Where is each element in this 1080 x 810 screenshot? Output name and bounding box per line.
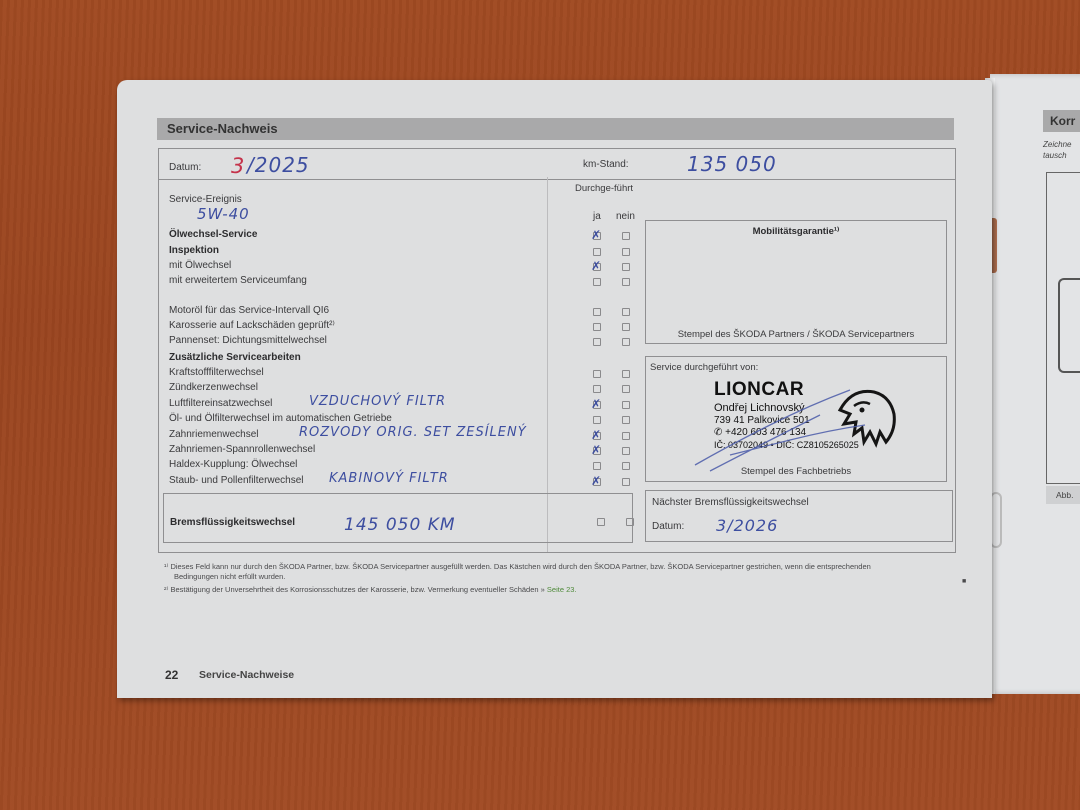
checkmark-icon: ✗ — [591, 445, 601, 455]
mobility-guarantee-title: Mobilitätsgarantie¹⁾ — [646, 226, 946, 237]
km-stand-label: km-Stand: — [583, 159, 629, 170]
additional-label: Kraftstofffilterwechsel — [169, 367, 264, 378]
brake-fluid-label: Bremsflüssigkeitswechsel — [170, 517, 295, 528]
checkmark-icon: ✗ — [591, 430, 601, 440]
next-brake-fluid-label: Nächster Bremsflüssigkeitswechsel — [652, 497, 809, 508]
service-label: Motoröl für das Service-Intervall QI6 — [169, 305, 329, 316]
service-record-form: Datum: 3 /2025 km-Stand: 135 050 Durchge… — [158, 148, 956, 553]
checkmark-icon: ✗ — [591, 230, 601, 240]
footnote-1-text: Dieses Feld kann nur durch den ŠKODA Par… — [170, 562, 870, 571]
brake-fluid-km-note[interactable]: 145 050 KM — [344, 515, 456, 535]
service-ja-checkbox[interactable] — [593, 278, 601, 286]
nein-header: nein — [616, 211, 635, 222]
additional-nein-checkbox[interactable] — [622, 385, 630, 393]
right-page-text-1: Zeichne — [1043, 140, 1071, 149]
service-label: Karosserie auf Lackschäden geprüft²⁾ — [169, 320, 335, 331]
next-date-label: Datum: — [652, 521, 684, 532]
service-ja-checkbox[interactable] — [593, 323, 601, 331]
car-outline-figure — [1058, 278, 1080, 373]
additional-services-title: Zusätzliche Servicearbeiten — [169, 352, 301, 363]
brake-fluid-nein-checkbox[interactable] — [626, 518, 634, 526]
footnote-1-continuation: Bedingungen nicht erfüllt wurden. — [174, 572, 285, 581]
right-page-text-2: tausch — [1043, 151, 1067, 160]
additional-nein-checkbox[interactable] — [622, 370, 630, 378]
footnote-2-marker: ²⁾ — [164, 585, 168, 594]
service-nein-checkbox[interactable] — [622, 232, 630, 240]
next-date-value[interactable]: 3/2026 — [716, 516, 778, 535]
checkmark-icon: ✗ — [591, 261, 601, 271]
page-footer-title: Service-Nachweise — [199, 669, 294, 681]
km-stand-value[interactable]: 135 050 — [687, 152, 777, 176]
additional-label: Staub- und Pollenfilterwechsel — [169, 475, 304, 486]
additional-label: Zündkerzenwechsel — [169, 382, 258, 393]
datum-label: Datum: — [169, 162, 201, 173]
right-page-header: Korr — [1043, 110, 1080, 132]
datum-month-value[interactable]: 3 — [231, 154, 245, 178]
footnote-2: ²⁾ Bestätigung der Unversehrtheit des Ko… — [164, 585, 577, 594]
mobility-guarantee-box: Mobilitätsgarantie¹⁾ Stempel des ŠKODA P… — [645, 220, 947, 344]
additional-nein-checkbox[interactable] — [622, 478, 630, 486]
footnote-1: ¹⁾ Dieses Feld kann nur durch den ŠKODA … — [164, 562, 871, 571]
additional-ja-checkbox[interactable] — [593, 370, 601, 378]
additional-ja-checkbox[interactable] — [593, 462, 601, 470]
signature-mark — [690, 385, 870, 475]
additional-label: Haldex-Kupplung: Ölwechsel — [169, 459, 297, 470]
ja-header: ja — [593, 211, 601, 222]
service-label: mit Ölwechsel — [169, 260, 231, 271]
page-number: 22 — [165, 668, 178, 682]
footnote-2-text: Bestätigung der Unversehrtheit des Korro… — [170, 585, 544, 594]
next-brake-fluid-box: Nächster Bremsflüssigkeitswechsel Datum:… — [645, 490, 953, 542]
durchgefuehrt-header: Durchge-führt — [574, 183, 634, 194]
performed-by-label: Service durchgeführt von: — [650, 362, 758, 373]
oil-grade-note[interactable]: 5W-40 — [197, 205, 250, 223]
additional-label: Zahnriemen-Spannrollenwechsel — [169, 444, 315, 455]
additional-nein-checkbox[interactable] — [622, 416, 630, 424]
service-label: Inspektion — [169, 245, 219, 256]
checkmark-icon: ✗ — [591, 399, 601, 409]
additional-handwritten-note[interactable]: VZDUCHOVÝ FILTR — [309, 394, 446, 409]
end-marker: ■ — [962, 578, 966, 585]
row-divider — [159, 179, 955, 180]
additional-handwritten-note[interactable]: KABINOVÝ FILTR — [329, 471, 449, 486]
service-nein-checkbox[interactable] — [622, 308, 630, 316]
service-event-label: Service-Ereignis — [169, 194, 242, 205]
additional-ja-checkbox[interactable] — [593, 385, 601, 393]
page-23-link[interactable]: Seite 23. — [547, 585, 577, 594]
datum-year-value[interactable]: /2025 — [247, 153, 310, 177]
mobility-stamp-caption: Stempel des ŠKODA Partners / ŠKODA Servi… — [646, 329, 946, 340]
service-nein-checkbox[interactable] — [622, 338, 630, 346]
additional-label: Öl- und Ölfilterwechsel im automatischen… — [169, 413, 392, 424]
service-ja-checkbox[interactable] — [593, 308, 601, 316]
service-nein-checkbox[interactable] — [622, 248, 630, 256]
service-ja-checkbox[interactable] — [593, 338, 601, 346]
service-ja-checkbox[interactable] — [593, 248, 601, 256]
brake-fluid-box: Bremsflüssigkeitswechsel 145 050 KM — [163, 493, 633, 543]
section-title: Service-Nachweis — [157, 118, 954, 140]
brake-fluid-ja-checkbox[interactable] — [597, 518, 605, 526]
right-page-figure-caption: Abb. — [1046, 486, 1080, 504]
checkmark-icon: ✗ — [591, 476, 601, 486]
additional-ja-checkbox[interactable] — [593, 416, 601, 424]
additional-nein-checkbox[interactable] — [622, 447, 630, 455]
additional-handwritten-note[interactable]: ROZVODY ORIG. SET ZESÍLENÝ — [299, 425, 527, 440]
additional-nein-checkbox[interactable] — [622, 432, 630, 440]
additional-label: Zahnriemenwechsel — [169, 429, 259, 440]
service-label: mit erweitertem Serviceumfang — [169, 275, 307, 286]
service-nein-checkbox[interactable] — [622, 278, 630, 286]
service-nein-checkbox[interactable] — [622, 263, 630, 271]
footnote-1-marker: ¹⁾ — [164, 562, 168, 571]
additional-nein-checkbox[interactable] — [622, 462, 630, 470]
additional-label: Luftfiltereinsatzwechsel — [169, 398, 272, 409]
service-label: Pannenset: Dichtungsmittelwechsel — [169, 335, 327, 346]
service-label: Ölwechsel-Service — [169, 229, 257, 240]
service-nein-checkbox[interactable] — [622, 323, 630, 331]
additional-nein-checkbox[interactable] — [622, 401, 630, 409]
